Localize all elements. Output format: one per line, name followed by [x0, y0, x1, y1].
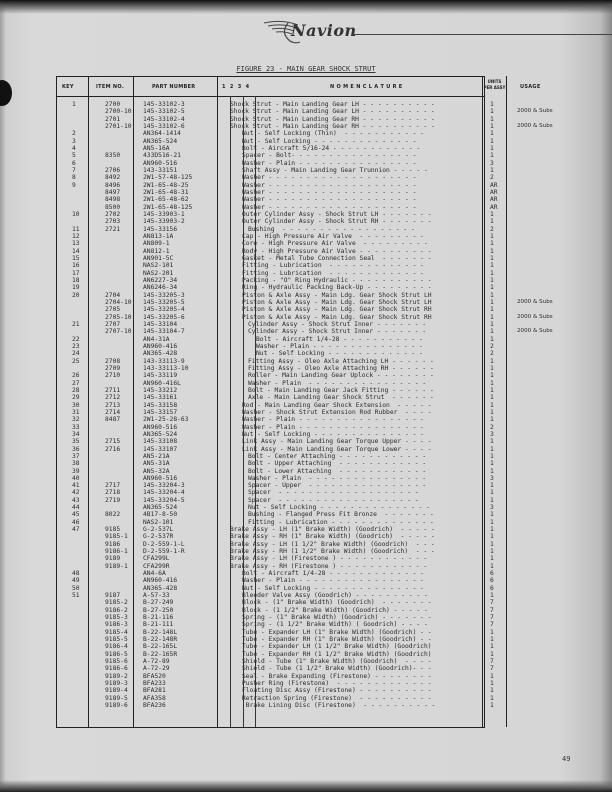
row-nomenclature: Fitting - Lubrication - - - - - - - - - …: [242, 262, 480, 269]
row-part-number: AN960-416: [143, 343, 177, 350]
row-part-number: B-22-165L: [143, 643, 177, 650]
row-key: 29: [72, 394, 88, 401]
row-item-no: 2721: [105, 226, 120, 233]
row-units-per-assy: 1: [490, 680, 494, 687]
row-part-number: AN4-31A: [143, 336, 170, 343]
row-item-no: 9189-5: [105, 695, 128, 702]
row-part-number: 145-33204-5: [143, 497, 185, 504]
row-key: 33: [72, 424, 88, 431]
row-units-per-assy: 1: [490, 270, 494, 277]
row-nomenclature: Bolt - Aircraft 1/4-28 - - - - - - - - -…: [256, 336, 480, 343]
row-part-number: AFA358: [143, 695, 166, 702]
row-key: 21: [72, 321, 88, 328]
row-usage: 2000 & Subs: [517, 314, 553, 321]
row-nomenclature: Shock Strut - Main Landing Gear LH - - -…: [230, 108, 480, 115]
row-part-number: 145-33903-1: [143, 211, 185, 218]
row-item-no: 9185-5: [105, 636, 128, 643]
row-nomenclature: Spacer - Bolt- - - - - - - - - - - - - -…: [242, 152, 480, 159]
row-key: 6: [72, 160, 88, 167]
row-item-no: 2711: [105, 387, 120, 394]
row-part-number: 145-33205-6: [143, 314, 185, 321]
row-item-no: 9185-4: [105, 629, 128, 636]
row-units-per-assy: 7: [490, 614, 494, 621]
row-nomenclature: Washer - - - - - - - - - - - - - - - - -…: [242, 174, 480, 181]
row-nomenclature: Washer - Plain - - - - - - - - - - - - -…: [256, 343, 480, 350]
row-part-number: 2W1-65-48-62: [143, 196, 189, 203]
row-key: 24: [72, 350, 88, 357]
row-part-number: AN809-1: [143, 240, 170, 247]
row-item-no: 2705-10: [105, 314, 132, 321]
row-nomenclature: Bleeder Valve Assy (Goodrich) - - - - - …: [242, 592, 480, 599]
row-item-no: 9185: [105, 526, 120, 533]
row-part-number: 2W1-65-48-125: [143, 204, 192, 211]
row-part-number: 143-33113-10: [143, 365, 189, 372]
row-nomenclature: Bolt - Center Attaching - - - - - - - - …: [248, 453, 480, 460]
row-units-per-assy: 1: [490, 533, 494, 540]
row-key: 15: [72, 255, 88, 262]
row-key: 37: [72, 453, 88, 460]
row-part-number: 2W1-65-48-31: [143, 189, 189, 196]
row-units-per-assy: 1: [490, 306, 494, 313]
row-units-per-assy: 6: [490, 577, 494, 584]
row-units-per-assy: 1: [490, 262, 494, 269]
row-nomenclature: Cap - High Pressure Air Valve - - - - - …: [242, 233, 480, 240]
row-item-no: 2702: [105, 211, 120, 218]
row-usage: 2000 & Subs: [517, 123, 553, 130]
row-units-per-assy: 7: [490, 621, 494, 628]
row-item-no: 9185-1: [105, 533, 128, 540]
row-units-per-assy: 1: [490, 673, 494, 680]
row-part-number: BFA281: [143, 687, 166, 694]
row-part-number: BFA236: [143, 702, 166, 709]
row-key: 48: [72, 570, 88, 577]
row-units-per-assy: 1: [490, 218, 494, 225]
row-key: 38: [72, 460, 88, 467]
row-nomenclature: Bolt - Lower Attaching - - - - - - - - -…: [248, 468, 480, 475]
row-nomenclature: Washer - - - - - - - - - - - - - - - - -…: [242, 196, 480, 203]
row-nomenclature: Link Assy - Main Landing Gear Torque Upp…: [242, 438, 480, 445]
row-item-no: 2719: [105, 497, 120, 504]
row-units-per-assy: 1: [490, 380, 494, 387]
row-units-per-assy: 1: [490, 240, 494, 247]
row-nomenclature: Washer - - - - - - - - - - - - - - - - -…: [242, 189, 480, 196]
row-item-no: 9189-1: [105, 563, 128, 570]
row-item-no: 8497: [105, 189, 120, 196]
row-part-number: 145-33204-4: [143, 489, 185, 496]
row-part-number: B-27-250: [143, 607, 173, 614]
row-units-per-assy: 1: [490, 526, 494, 533]
row-nomenclature: Body - High Pressure Air Valve - - - - -…: [242, 248, 480, 255]
header-levels: 1 2 3 4: [222, 84, 249, 90]
row-key: 41: [72, 482, 88, 489]
row-nomenclature: Nut - Self Locking - - - - - - - - - - -…: [242, 138, 480, 145]
row-units-per-assy: 1: [490, 409, 494, 416]
row-part-number: 145-33161: [143, 394, 177, 401]
row-item-no: 2705: [105, 306, 120, 313]
row-nomenclature: Bolt - Aircraft 1/4-28 - - - - - - - - -…: [242, 570, 480, 577]
row-part-number: 145-33119: [143, 372, 177, 379]
row-units-per-assy: AR: [490, 189, 498, 196]
row-units-per-assy: 3: [490, 475, 494, 482]
row-part-number: 145-33102-6: [143, 123, 185, 130]
row-units-per-assy: 1: [490, 292, 494, 299]
row-item-no: 9186-2: [105, 607, 128, 614]
col-divider-part: [217, 76, 218, 727]
row-nomenclature: Washer - Plain - - - - - - - - - - - - -…: [242, 416, 480, 423]
row-part-number: 145-33205-4: [143, 306, 185, 313]
row-part-number: NAS2-101: [143, 262, 173, 269]
row-nomenclature: Bushing - - - - - - - - - - - - - - - - …: [248, 226, 480, 233]
row-units-per-assy: 1: [490, 321, 494, 328]
row-part-number: 145-33158: [143, 402, 177, 409]
row-part-number: 145-33204-3: [143, 482, 185, 489]
row-item-no: 2700: [105, 101, 120, 108]
row-item-no: 2707: [105, 321, 120, 328]
row-units-per-assy: 1: [490, 108, 494, 115]
row-item-no: 9185-3: [105, 614, 128, 621]
row-item-no: 2713: [105, 402, 120, 409]
row-key: 3: [72, 138, 88, 145]
row-key: 42: [72, 489, 88, 496]
row-key: 47: [72, 526, 88, 533]
row-nomenclature: Brake Lining Disc (Firestone) - - - - - …: [242, 702, 480, 709]
row-key: 20: [72, 292, 88, 299]
row-units-per-assy: 1: [490, 460, 494, 467]
row-units-per-assy: 1: [490, 248, 494, 255]
page-number: 49: [562, 755, 570, 763]
row-part-number: AN960-416: [143, 577, 177, 584]
row-units-per-assy: 7: [490, 665, 494, 672]
row-units-per-assy: 1: [490, 167, 494, 174]
row-units-per-assy: 1: [490, 336, 494, 343]
row-part-number: NAS2-201: [143, 270, 173, 277]
row-part-number: AN365-524: [143, 431, 177, 438]
row-key: 19: [72, 284, 88, 291]
row-units-per-assy: 1: [490, 402, 494, 409]
row-part-number: B-22-165R: [143, 651, 177, 658]
row-nomenclature: Nut - Self Locking (Thin) - - - - - - - …: [242, 130, 480, 137]
row-units-per-assy: 1: [490, 592, 494, 599]
row-nomenclature: Piston & Axle Assy - Main Ldg. Gear Shoc…: [242, 314, 480, 321]
row-units-per-assy: 7: [490, 599, 494, 606]
row-key: 46: [72, 519, 88, 526]
header-rule: [352, 34, 612, 35]
row-units-per-assy: 1: [490, 519, 494, 526]
row-nomenclature: Brake Assy - RH (1 1/2" Brake Width) (Go…: [230, 548, 480, 555]
header-key: KEY: [62, 84, 74, 90]
row-units-per-assy: 1: [490, 299, 494, 306]
row-nomenclature: Block - (1" Brake Width) (Goodrich) - - …: [242, 599, 480, 606]
row-nomenclature: Link Assy - Main Landing Gear Torque Low…: [242, 446, 480, 453]
scan-bottom-shadow: [0, 780, 612, 792]
row-nomenclature: Spring - (1 1/2" Brake Width) ( Goodrich…: [242, 621, 480, 628]
row-part-number: D-2-559-1-L: [143, 541, 185, 548]
row-nomenclature: Piston & Axle Assy - Main Ldg. Gear Shoc…: [242, 306, 480, 313]
row-units-per-assy: 1: [490, 145, 494, 152]
row-units-per-assy: 6: [490, 585, 494, 592]
row-key: 1: [72, 101, 88, 108]
row-nomenclature: Spring - (1" Brake Width) (Goodrich) - -…: [242, 614, 480, 621]
row-item-no: 9186-4: [105, 643, 128, 650]
row-item-no: 9186-1: [105, 548, 128, 555]
header-part-number: PART NUMBER: [152, 84, 195, 90]
row-key: 51: [72, 592, 88, 599]
row-nomenclature: Pusher Ring (Firestone) - - - - - - - - …: [242, 680, 480, 687]
row-nomenclature: Shock Strut - Main Landing Gear LH - - -…: [230, 101, 480, 108]
row-item-no: 9189-6: [105, 702, 128, 709]
row-nomenclature: Nut - Self Locking - - - - - - - - - - -…: [242, 431, 480, 438]
row-nomenclature: Outer Cylinder Assy - Shock Strut RH - -…: [242, 218, 480, 225]
row-part-number: AN365-428: [143, 350, 177, 357]
row-units-per-assy: 1: [490, 365, 494, 372]
row-item-no: 8496: [105, 182, 120, 189]
row-key: 12: [72, 233, 88, 240]
row-key: 31: [72, 409, 88, 416]
row-part-number: 145-33157: [143, 409, 177, 416]
row-part-number: AN813-1A: [143, 233, 173, 240]
row-key: 30: [72, 402, 88, 409]
row-part-number: AN5-21A: [143, 453, 170, 460]
row-key: 40: [72, 475, 88, 482]
row-nomenclature: Rod - Main Landing Gear Shock Extension …: [242, 402, 480, 409]
row-units-per-assy: 3: [490, 431, 494, 438]
row-key: 36: [72, 446, 88, 453]
col-divider-units: [506, 76, 507, 727]
row-units-per-assy: 1: [490, 138, 494, 145]
row-item-no: 2704-10: [105, 299, 132, 306]
row-units-per-assy: 1: [490, 314, 494, 321]
row-units-per-assy: 1: [490, 482, 494, 489]
row-units-per-assy: 1: [490, 548, 494, 555]
row-item-no: 2700-10: [105, 108, 132, 115]
row-units-per-assy: 1: [490, 211, 494, 218]
row-units-per-assy: 3: [490, 504, 494, 511]
row-usage: 2000 & Subs: [517, 299, 553, 306]
brand-logo-text: Navion: [291, 21, 357, 40]
row-key: 50: [72, 585, 88, 592]
row-part-number: AN5-31A: [143, 460, 170, 467]
row-part-number: AN364-1414: [143, 130, 181, 137]
row-item-no: 2709: [105, 365, 120, 372]
row-nomenclature: Brake Assy - LH (1" Brake Width) (Goodri…: [230, 526, 480, 533]
row-nomenclature: Spacer - - - - - - - - - - - - - - - - -…: [248, 497, 480, 504]
row-nomenclature: Washer - Plain - - - - - - - - - - - - -…: [242, 577, 480, 584]
row-key: 28: [72, 387, 88, 394]
row-units-per-assy: 1: [490, 651, 494, 658]
row-part-number: 145-33107: [143, 446, 177, 453]
row-part-number: AN365-524: [143, 138, 177, 145]
row-item-no: 2718: [105, 489, 120, 496]
row-nomenclature: Bushing - Flanged Press Fit Bronze - - -…: [248, 511, 480, 518]
row-item-no: 2712: [105, 394, 120, 401]
row-part-number: B-22-148L: [143, 629, 177, 636]
row-key: 49: [72, 577, 88, 584]
row-units-per-assy: 1: [490, 284, 494, 291]
row-units-per-assy: 1: [490, 695, 494, 702]
figure-title: FIGURE 23 - MAIN GEAR SHOCK STRUT: [0, 65, 612, 73]
row-item-no: 9189-3: [105, 680, 128, 687]
row-part-number: 145-33104-7: [143, 328, 185, 335]
row-units-per-assy: 1: [490, 489, 494, 496]
row-nomenclature: Tube - Expander RH (1" Brake Width) (Goo…: [242, 636, 480, 643]
row-item-no: 9189-4: [105, 687, 128, 694]
row-item-no: 9186-6: [105, 665, 128, 672]
row-nomenclature: Ring - Hydraulic Packing Back-Up - - - -…: [242, 284, 480, 291]
row-key: 5: [72, 152, 88, 159]
row-part-number: AN901-5C: [143, 255, 173, 262]
row-nomenclature: Piston & Axle Assy - Main Ldg. Gear Shoc…: [242, 292, 480, 299]
row-key: 27: [72, 380, 88, 387]
row-key: 25: [72, 358, 88, 365]
row-part-number: 433D516-21: [143, 152, 181, 159]
row-units-per-assy: AR: [490, 182, 498, 189]
row-nomenclature: Nut - Self Locking - - - - - - - - - - -…: [256, 350, 480, 357]
row-part-number: A-72-29: [143, 665, 170, 672]
row-key: 23: [72, 343, 88, 350]
row-part-number: 145-33156: [143, 226, 177, 233]
row-units-per-assy: 1: [490, 116, 494, 123]
row-units-per-assy: 1: [490, 394, 494, 401]
row-part-number: 2W1-57-48-125: [143, 174, 192, 181]
row-item-no: 2708: [105, 358, 120, 365]
row-item-no: 2706: [105, 167, 120, 174]
row-key: 35: [72, 438, 88, 445]
row-units-per-assy: 2: [490, 343, 494, 350]
row-part-number: 2W1-25-28-63: [143, 416, 189, 423]
row-part-number: 145-33102-3: [143, 101, 185, 108]
row-key: 8: [72, 174, 88, 181]
row-part-number: B-21-111: [143, 621, 173, 628]
row-nomenclature: Nut - Self Locking - - - - - - - - - - -…: [242, 585, 480, 592]
row-item-no: 9185-2: [105, 599, 128, 606]
row-units-per-assy: 1: [490, 702, 494, 709]
header-nomenclature: N O M E N C L A T U R E: [330, 84, 403, 90]
row-units-per-assy: 1: [490, 152, 494, 159]
row-item-no: 2701: [105, 116, 120, 123]
row-key: 13: [72, 240, 88, 247]
row-item-no: 2715: [105, 438, 120, 445]
row-units-per-assy: 7: [490, 607, 494, 614]
row-units-per-assy: 1: [490, 643, 494, 650]
row-key: 22: [72, 336, 88, 343]
row-units-per-assy: 2: [490, 424, 494, 431]
row-part-number: AN365-524: [143, 504, 177, 511]
row-part-number: AN960-416L: [143, 380, 181, 387]
row-nomenclature: Block - (1 1/2" Brake Width) (Goodrich) …: [242, 607, 480, 614]
col-divider-nomenclature: [482, 76, 483, 727]
row-units-per-assy: 1: [490, 555, 494, 562]
row-part-number: 145-33102-5: [143, 108, 185, 115]
row-item-no: 9186-5: [105, 651, 128, 658]
row-nomenclature: Washer - Plain - - - - - - - - - - - - -…: [248, 475, 480, 482]
row-item-no: 8487: [105, 416, 120, 423]
row-nomenclature: Axle - Main Landing Gear Shock Strut - -…: [248, 394, 480, 401]
row-nomenclature: Seal - Brake Expanding (Firestone) - - -…: [242, 673, 480, 680]
header-item-no: ITEM NO.: [96, 84, 124, 90]
row-key: 45: [72, 511, 88, 518]
row-nomenclature: Shaft Assy - Main Landing Gear Trunnion …: [242, 167, 480, 174]
row-units-per-assy: 1: [490, 563, 494, 570]
row-nomenclature: Cylinder Assy - Shock Strut Inner - - - …: [248, 328, 480, 335]
row-part-number: 2W1-65-48-25: [143, 182, 189, 189]
row-key: 4: [72, 145, 88, 152]
row-part-number: 145-33205-3: [143, 292, 185, 299]
row-key: 34: [72, 431, 88, 438]
row-nomenclature: Fitting - Lubrication - - - - - - - - - …: [248, 519, 480, 526]
row-item-no: 8492: [105, 174, 120, 181]
row-nomenclature: Shield - Tube (1 1/2" Brake Width) (Good…: [242, 665, 480, 672]
row-units-per-assy: 1: [490, 416, 494, 423]
row-units-per-assy: AR: [490, 196, 498, 203]
row-units-per-assy: 1: [490, 233, 494, 240]
row-nomenclature: Fitting Assy - Oleo Axle Attaching LH - …: [248, 358, 480, 365]
row-units-per-assy: 1: [490, 277, 494, 284]
header-units-bottom: PER ASSY: [483, 85, 506, 90]
row-units-per-assy: 1: [490, 497, 494, 504]
row-part-number: B-21-116: [143, 614, 173, 621]
row-key: 2: [72, 130, 88, 137]
row-units-per-assy: 1: [490, 101, 494, 108]
row-key: 7: [72, 167, 88, 174]
row-units-per-assy: 1: [490, 328, 494, 335]
row-units-per-assy: 7: [490, 658, 494, 665]
row-key: 11: [72, 226, 88, 233]
row-nomenclature: Brake Assy - RH (1" Brake Width) (Goodri…: [230, 533, 480, 540]
row-part-number: 145-33205-5: [143, 299, 185, 306]
row-part-number: CFA299L: [143, 555, 170, 562]
row-part-number: 145-33104: [143, 321, 177, 328]
row-part-number: BFA233: [143, 680, 166, 687]
row-part-number: A-72-89: [143, 658, 170, 665]
row-nomenclature: Bolt - Upper Attaching - - - - - - - - -…: [248, 460, 480, 467]
row-item-no: 9186: [105, 541, 120, 548]
row-units-per-assy: 1: [490, 541, 494, 548]
row-nomenclature: Shock Strut - Main Landing Gear RH - - -…: [230, 116, 480, 123]
col-divider-key: [88, 76, 89, 727]
row-item-no: 9189: [105, 555, 120, 562]
row-nomenclature: Spacer - - - - - - - - - - - - - - - - -…: [248, 489, 480, 496]
row-nomenclature: Packing - "O" Ring Hydraulic - - - - - -…: [242, 277, 480, 284]
row-item-no: 2703: [105, 218, 120, 225]
row-item-no: 2714: [105, 409, 120, 416]
row-nomenclature: Washer - Plain - - - - - - - - - - - - -…: [242, 424, 480, 431]
header-units-top: UNITS: [483, 79, 506, 84]
row-part-number: NAS2-101: [143, 519, 173, 526]
row-nomenclature: Bolt - Main Landing Gear Jack Fitting - …: [248, 387, 480, 394]
row-nomenclature: Core - High Pressure Air Valve - - - - -…: [242, 240, 480, 247]
row-nomenclature: Outer Cylinder Assy - Shock Strut LH - -…: [242, 211, 480, 218]
row-nomenclature: Cylinder Assy - Shock Strut Inner - - - …: [248, 321, 480, 328]
row-units-per-assy: 1: [490, 629, 494, 636]
row-part-number: AN5-16A: [143, 145, 170, 152]
row-part-number: 145-33212: [143, 387, 177, 394]
row-nomenclature: Roller - Main Landing Gear Uplock - - - …: [248, 372, 480, 379]
row-nomenclature: Fitting - Lubrication - - - - - - - - - …: [242, 270, 480, 277]
row-key: 44: [72, 504, 88, 511]
row-units-per-assy: 1: [490, 446, 494, 453]
row-nomenclature: Shock Strut - Main Landing Gear RH - - -…: [230, 123, 480, 130]
row-part-number: AN4-6A: [143, 570, 166, 577]
row-units-per-assy: 1: [490, 687, 494, 694]
row-units-per-assy: 1: [490, 468, 494, 475]
row-item-no: 9189-2: [105, 673, 128, 680]
row-part-number: AN960-516: [143, 475, 177, 482]
row-nomenclature: Fitting Assy - Oleo Axle Attaching RH - …: [248, 365, 480, 372]
row-units-per-assy: 1: [490, 636, 494, 643]
header-usage: USAGE: [520, 84, 541, 90]
row-nomenclature: Nut - Self Locking - - - - - - - - - - -…: [248, 504, 480, 511]
row-item-no: 2710: [105, 372, 120, 379]
